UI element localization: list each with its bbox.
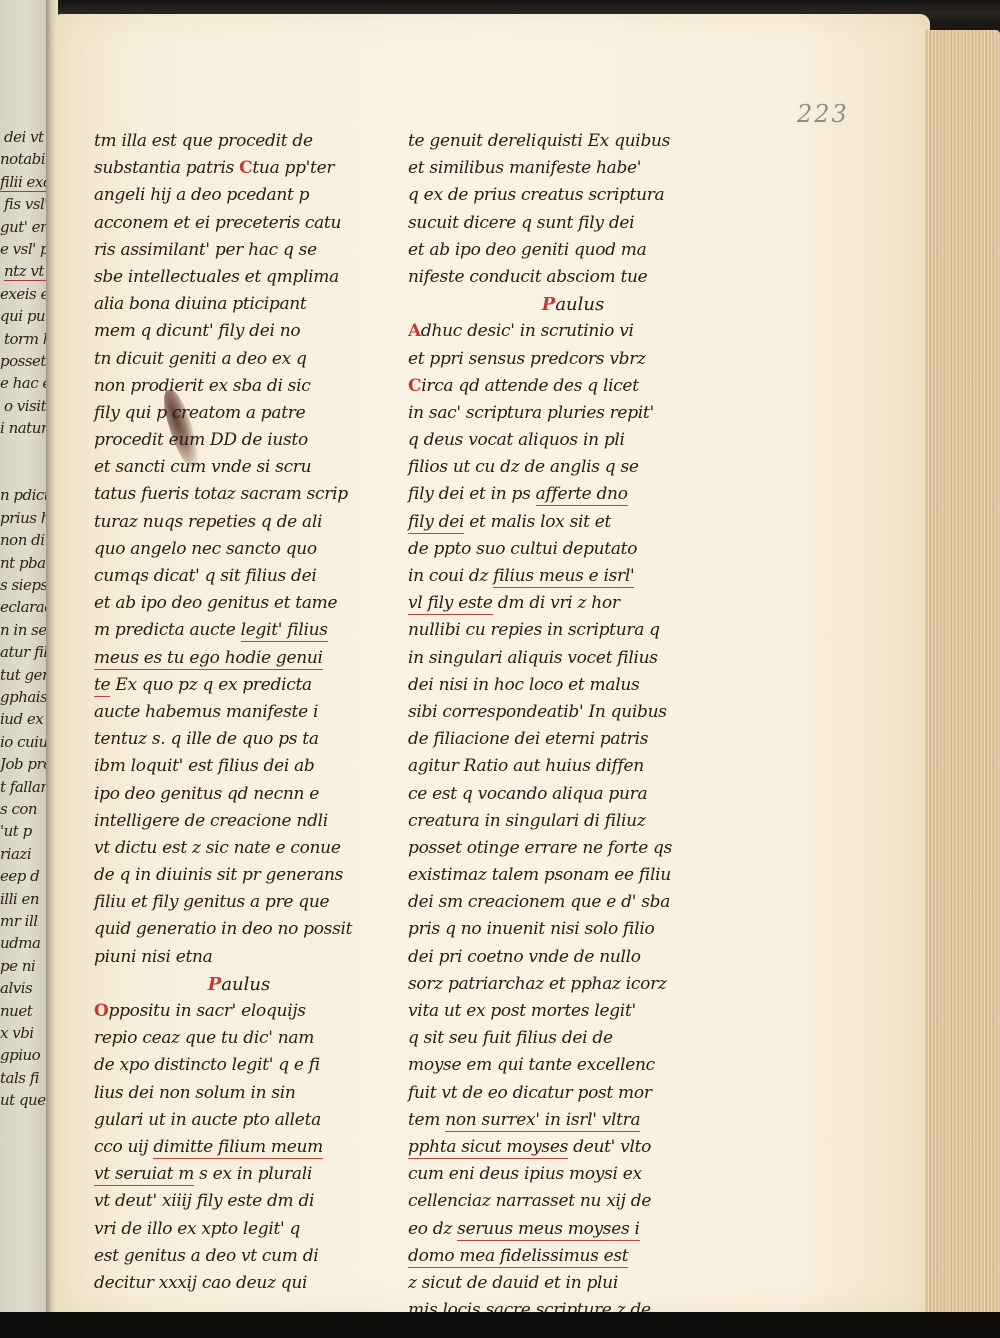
rubricated-capital: P bbox=[542, 294, 556, 315]
line-text: dhuc desic' in scrutinio vi bbox=[421, 321, 634, 341]
facing-page-line: prius h bbox=[0, 509, 46, 527]
facing-page-line: filii excell bbox=[0, 173, 46, 192]
manuscript-line: Oppositu in sacr' eloquijs bbox=[94, 998, 384, 1025]
underlined-quotation: pphta sicut moyses bbox=[408, 1137, 568, 1159]
facing-page-line: eep d bbox=[0, 867, 39, 885]
facing-page-line: tut gen bbox=[0, 666, 46, 684]
facing-page-line: illi en bbox=[0, 890, 39, 908]
line-text: posset otinge errare ne forte qs bbox=[408, 838, 672, 858]
manuscript-line: tentuz s. q ille de quo ps ta bbox=[94, 726, 384, 753]
underlined-quotation: filius meus e isrl' bbox=[493, 566, 634, 588]
manuscript-line: intelligere de creacione ndli bbox=[94, 808, 384, 835]
line-text: cumqs dicat' q sit filius dei bbox=[94, 566, 317, 586]
facing-page-line: mr ill bbox=[0, 912, 38, 930]
line-text: tentuz s. q ille de quo ps ta bbox=[94, 729, 319, 749]
line-text: deut' vlto bbox=[568, 1137, 651, 1157]
line-text: filios ut cu dz de anglis q se bbox=[408, 457, 639, 477]
manuscript-line: creatura in singulari di filiuz bbox=[408, 808, 738, 835]
underlined-quotation: meus es tu ego hodie genui bbox=[94, 648, 323, 670]
line-text: sorz patriarchaz et pphaz icorz bbox=[408, 974, 667, 994]
manuscript-line: fuit vt de eo dicatur post mor bbox=[408, 1080, 738, 1107]
facing-page-line: e vsl' pho bbox=[0, 240, 46, 258]
manuscript-line: est genitus a deo vt cum di bbox=[94, 1243, 384, 1270]
manuscript-line: ibm loquit' est filius dei ab bbox=[94, 753, 384, 780]
manuscript-line: cco uij dimitte filium meum bbox=[94, 1134, 384, 1161]
line-text: creatura in singulari di filiuz bbox=[408, 811, 646, 831]
line-text: de q in diuinis sit pr generans bbox=[94, 865, 343, 885]
line-text: tua pp'ter bbox=[252, 158, 334, 178]
manuscript-line: gulari ut in aucte pto alleta bbox=[94, 1107, 384, 1134]
manuscript-line: mem q dicunt' fily dei no bbox=[94, 318, 384, 345]
facing-page-line: riazi bbox=[0, 845, 31, 863]
line-text: ce est q vocando aliqua pura bbox=[408, 784, 647, 804]
manuscript-line: de ppto suo cultui deputato bbox=[408, 536, 738, 563]
manuscript-line: filiu et fily genitus a pre que bbox=[94, 889, 384, 916]
line-text: repio ceaz que tu dic' nam bbox=[94, 1028, 314, 1048]
section-heading-paulus: Paulus bbox=[94, 971, 384, 998]
manuscript-line: fily dei et in ps afferte dno bbox=[408, 481, 738, 508]
line-text: et similibus manifeste habe' bbox=[408, 158, 641, 178]
manuscript-line: et ab ipo deo genitus et tame bbox=[94, 590, 384, 617]
text-column-a: tm illa est que procedit desubstantia pa… bbox=[94, 128, 384, 1297]
manuscript-line: sorz patriarchaz et pphaz icorz bbox=[408, 971, 738, 998]
line-text: vri de illo ex xpto legit' q bbox=[94, 1219, 300, 1239]
line-text: in coui dz bbox=[408, 566, 493, 586]
facing-page-line: e hac ep bbox=[0, 374, 46, 392]
manuscript-line: domo mea fidelissimus est bbox=[408, 1243, 738, 1270]
line-text: ppositu in sacr' eloquijs bbox=[109, 1001, 306, 1021]
manuscript-line: tn dicuit geniti a deo ex q bbox=[94, 346, 384, 373]
manuscript-line: de xpo distincto legit' q e fi bbox=[94, 1052, 384, 1079]
line-text: lius dei non solum in sin bbox=[94, 1083, 296, 1103]
line-text: de filiacione dei eterni patris bbox=[408, 729, 648, 749]
facing-page-line: o visitu bbox=[4, 397, 46, 415]
facing-page-line: ut que bbox=[0, 1091, 46, 1109]
facing-page-line: torm hac bbox=[4, 330, 46, 348]
manuscript-line: ipo deo genitus qd necnn e bbox=[94, 781, 384, 808]
manuscript-line: te Ex quo pz q ex predicta bbox=[94, 672, 384, 699]
facing-page-line: io cuius bbox=[0, 733, 46, 751]
facing-page-line: alvis bbox=[0, 979, 32, 997]
manuscript-line: m predicta aucte legit' filius bbox=[94, 617, 384, 644]
line-text: fuit vt de eo dicatur post mor bbox=[408, 1083, 652, 1103]
facing-page-line: i natur bbox=[0, 419, 46, 437]
manuscript-line: nullibi cu repies in scriptura q bbox=[408, 617, 738, 644]
folio-number: 223 bbox=[797, 100, 849, 128]
manuscript-line: vl fily este dm di vri z hor bbox=[408, 590, 738, 617]
manuscript-line: lius dei non solum in sin bbox=[94, 1080, 384, 1107]
manuscript-line: et sancti cum vnde si scru bbox=[94, 454, 384, 481]
heading-text: aulus bbox=[221, 974, 270, 995]
facing-page-line: qui pum bbox=[0, 307, 46, 325]
manuscript-line: in coui dz filius meus e isrl' bbox=[408, 563, 738, 590]
manuscript-line: substantia patris Ctua pp'ter bbox=[94, 155, 384, 182]
line-text: est genitus a deo vt cum di bbox=[94, 1246, 318, 1266]
manuscript-line: aucte habemus manifeste i bbox=[94, 699, 384, 726]
manuscript-line: in sac' scriptura pluries repit' bbox=[408, 400, 738, 427]
facing-page-verso: dei vt iobnotabilesfilii excellfis vsl' … bbox=[0, 0, 46, 1320]
manuscript-line: et similibus manifeste habe' bbox=[408, 155, 738, 182]
line-text: nullibi cu repies in scriptura q bbox=[408, 620, 660, 640]
line-text: intelligere de creacione ndli bbox=[94, 811, 328, 831]
manuscript-line: nifeste conducit absciom tue bbox=[408, 264, 738, 291]
manuscript-line: piuni nisi etna bbox=[94, 944, 384, 971]
manuscript-line: moyse em qui tante excellenc bbox=[408, 1052, 738, 1079]
facing-page-line: dei vt iob bbox=[4, 128, 46, 146]
manuscript-line: vt dictu est z sic nate e conue bbox=[94, 835, 384, 862]
section-heading-paulus: Paulus bbox=[408, 291, 738, 318]
manuscript-line: posset otinge errare ne forte qs bbox=[408, 835, 738, 862]
line-text: non prodierit ex sba di sic bbox=[94, 376, 310, 396]
rubricated-initial: C bbox=[408, 376, 421, 396]
manuscript-line: Circa qd attende des q licet bbox=[408, 373, 738, 400]
page-edges-fore-edge bbox=[925, 30, 1000, 1320]
underlined-quotation: dimitte filium meum bbox=[153, 1137, 323, 1159]
line-text: fily qui p creatom a patre bbox=[94, 403, 305, 423]
facing-page-line: tals fi bbox=[0, 1069, 39, 1087]
manuscript-line: vri de illo ex xpto legit' q bbox=[94, 1216, 384, 1243]
facing-page-line: n pdicto bbox=[0, 486, 46, 504]
manuscript-line: existimaz talem psonam ee filiu bbox=[408, 862, 738, 889]
manuscript-line: agitur Ratio aut huius diffen bbox=[408, 753, 738, 780]
manuscript-line: Adhuc desic' in scrutinio vi bbox=[408, 318, 738, 345]
manuscript-line: pris q no inuenit nisi solo filio bbox=[408, 916, 738, 943]
line-text: de ppto suo cultui deputato bbox=[408, 539, 637, 559]
line-text: existimaz talem psonam ee filiu bbox=[408, 865, 671, 885]
facing-page-line: notabiles bbox=[0, 150, 46, 168]
line-text: et malis lox sit et bbox=[464, 512, 611, 532]
manuscript-line: in singulari aliquis vocet filius bbox=[408, 645, 738, 672]
line-text: cum eni deus ipius moysi ex bbox=[408, 1164, 642, 1184]
line-text: Ex quo pz q ex predicta bbox=[110, 675, 312, 695]
facing-page-line: fis vsl' gen bbox=[4, 195, 46, 213]
line-text: procedit eum DD de iusto bbox=[94, 430, 308, 450]
line-text: te genuit dereliquisti Ex quibus bbox=[408, 131, 670, 151]
facing-page-line: gpiuo bbox=[0, 1046, 40, 1064]
line-text: nifeste conducit absciom tue bbox=[408, 267, 647, 287]
manuscript-line: fily dei et malis lox sit et bbox=[408, 509, 738, 536]
facing-page-line: nuet bbox=[0, 1002, 32, 1020]
manuscript-line: pphta sicut moyses deut' vlto bbox=[408, 1134, 738, 1161]
facing-page-line: udma bbox=[0, 934, 40, 952]
line-text: et ab ipo deo geniti quod ma bbox=[408, 240, 646, 260]
manuscript-line: dei sm creacionem que e d' sba bbox=[408, 889, 738, 916]
manuscript-line: et ab ipo deo geniti quod ma bbox=[408, 237, 738, 264]
line-text: de xpo distincto legit' q e fi bbox=[94, 1055, 320, 1075]
facing-page-line: non di bbox=[0, 531, 45, 549]
line-text: s ex in plurali bbox=[194, 1164, 312, 1184]
line-text: mem q dicunt' fily dei no bbox=[94, 321, 300, 341]
line-text: et sancti cum vnde si scru bbox=[94, 457, 311, 477]
underlined-quotation: vt seruiat m bbox=[94, 1164, 194, 1186]
line-text: pris q no inuenit nisi solo filio bbox=[408, 919, 654, 939]
rubricated-initial: C bbox=[239, 158, 252, 178]
manuscript-line: sucuit dicere q sunt fily dei bbox=[408, 210, 738, 237]
manuscript-line: de q in diuinis sit pr generans bbox=[94, 862, 384, 889]
heading-text: aulus bbox=[555, 294, 604, 315]
manuscript-line: turaz nuqs repeties q de ali bbox=[94, 509, 384, 536]
line-text: z sicut de dauid et in plui bbox=[408, 1273, 618, 1293]
line-text: cco uij bbox=[94, 1137, 153, 1157]
line-text: cellenciaz narrasset nu xij de bbox=[408, 1191, 651, 1211]
manuscript-line: dei pri coetno vnde de nullo bbox=[408, 944, 738, 971]
manuscript-line: z sicut de dauid et in plui bbox=[408, 1270, 738, 1297]
manuscript-line: tatus fueris totaz sacram scrip bbox=[94, 481, 384, 508]
line-text: dei pri coetno vnde de nullo bbox=[408, 947, 641, 967]
underlined-quotation: vl fily este bbox=[408, 593, 493, 615]
facing-page-line: pe ni bbox=[0, 957, 35, 975]
manuscript-line: vt deut' xiiij fily este dm di bbox=[94, 1188, 384, 1215]
scan-bottom-background bbox=[0, 1312, 1000, 1338]
facing-page-line: nt pbai bbox=[0, 554, 46, 572]
line-text: et ppri sensus predcors vbrz bbox=[408, 349, 646, 369]
line-text: tatus fueris totaz sacram scrip bbox=[94, 484, 348, 504]
manuscript-line: sibi correspondeatib' In quibus bbox=[408, 699, 738, 726]
line-text: angeli hij a deo pcedant p bbox=[94, 185, 309, 205]
line-text: turaz nuqs repeties q de ali bbox=[94, 512, 322, 532]
line-text: ris assimilant' per hac q se bbox=[94, 240, 317, 260]
manuscript-line: meus es tu ego hodie genui bbox=[94, 645, 384, 672]
manuscript-line: quo angelo nec sancto quo bbox=[94, 536, 384, 563]
line-text: agitur Ratio aut huius diffen bbox=[408, 756, 644, 776]
facing-page-line: ntz vt si bbox=[4, 262, 46, 281]
line-text: dei nisi in hoc loco et malus bbox=[408, 675, 639, 695]
underlined-quotation: fily dei bbox=[408, 512, 464, 534]
manuscript-line: dei nisi in hoc loco et malus bbox=[408, 672, 738, 699]
line-text: aucte habemus manifeste i bbox=[94, 702, 318, 722]
facing-page-line: n in serip bbox=[0, 621, 46, 639]
rubricated-capital: P bbox=[208, 974, 222, 995]
line-text: q deus vocat aliquos in pli bbox=[408, 430, 625, 450]
line-text: dei sm creacionem que e d' sba bbox=[408, 892, 670, 912]
facing-page-line: posset du bbox=[0, 352, 46, 370]
underlined-quotation: non surrex' in isrl' vltra bbox=[445, 1110, 640, 1132]
line-text: tem bbox=[408, 1110, 445, 1130]
line-text: piuni nisi etna bbox=[94, 947, 213, 967]
manuscript-line: cellenciaz narrasset nu xij de bbox=[408, 1188, 738, 1215]
line-text: eo dz bbox=[408, 1219, 457, 1239]
rubricated-initial: O bbox=[94, 1001, 109, 1021]
line-text: moyse em qui tante excellenc bbox=[408, 1055, 655, 1075]
line-text: tn dicuit geniti a deo ex q bbox=[94, 349, 307, 369]
facing-page-line: iud ex bbox=[0, 710, 43, 728]
line-text: filiu et fily genitus a pre que bbox=[94, 892, 329, 912]
line-text: ipo deo genitus qd necnn e bbox=[94, 784, 319, 804]
manuscript-line: quid generatio in deo no possit bbox=[94, 916, 384, 943]
line-text: sibi correspondeatib' In quibus bbox=[408, 702, 667, 722]
line-text: ibm loquit' est filius dei ab bbox=[94, 756, 315, 776]
line-text: decitur xxxij cao deuz qui bbox=[94, 1273, 307, 1293]
facing-page-line: exeis ep bbox=[0, 285, 46, 303]
facing-page-line: eclarace bbox=[0, 598, 46, 616]
line-text: sucuit dicere q sunt fily dei bbox=[408, 213, 634, 233]
manuscript-line: angeli hij a deo pcedant p bbox=[94, 182, 384, 209]
manuscript-line: q deus vocat aliquos in pli bbox=[408, 427, 738, 454]
facing-page-line: 'ut p bbox=[0, 822, 32, 840]
manuscript-line: ris assimilant' per hac q se bbox=[94, 237, 384, 264]
line-text: vita ut ex post mortes legit' bbox=[408, 1001, 636, 1021]
manuscript-line: tem non surrex' in isrl' vltra bbox=[408, 1107, 738, 1134]
manuscript-line: vt seruiat m s ex in plurali bbox=[94, 1161, 384, 1188]
manuscript-line: non prodierit ex sba di sic bbox=[94, 373, 384, 400]
underlined-quotation: te bbox=[94, 675, 110, 697]
line-text: vt deut' xiiij fily este dm di bbox=[94, 1191, 314, 1211]
manuscript-line: q ex de prius creatus scriptura bbox=[408, 182, 738, 209]
line-text: m predicta aucte bbox=[94, 620, 241, 640]
facing-page-line: gphais bbox=[0, 688, 46, 706]
manuscript-line: alia bona diuina pticipant bbox=[94, 291, 384, 318]
manuscript-line: te genuit dereliquisti Ex quibus bbox=[408, 128, 738, 155]
line-text: substantia patris bbox=[94, 158, 239, 178]
facing-page-line: t fallan bbox=[0, 778, 46, 796]
manuscript-line: fily qui p creatom a patre bbox=[94, 400, 384, 427]
facing-page-line: atur fily bbox=[0, 643, 46, 661]
facing-page-line: s con bbox=[0, 800, 37, 818]
manuscript-line: ce est q vocando aliqua pura bbox=[408, 781, 738, 808]
manuscript-line: q sit seu fuit filius dei de bbox=[408, 1025, 738, 1052]
manuscript-line: decitur xxxij cao deuz qui bbox=[94, 1270, 384, 1297]
facing-page-line: s siepsi bbox=[0, 576, 46, 594]
underlined-quotation: legit' filius bbox=[241, 620, 328, 642]
manuscript-line: de filiacione dei eterni patris bbox=[408, 726, 738, 753]
facing-page-line: Job pro bbox=[0, 755, 46, 773]
line-text: q sit seu fuit filius dei de bbox=[408, 1028, 613, 1048]
manuscript-line: et ppri sensus predcors vbrz bbox=[408, 346, 738, 373]
line-text: vt dictu est z sic nate e conue bbox=[94, 838, 341, 858]
facing-page-line: x vbi bbox=[0, 1024, 34, 1042]
manuscript-line: tm illa est que procedit de bbox=[94, 128, 384, 155]
manuscript-line: cumqs dicat' q sit filius dei bbox=[94, 563, 384, 590]
manuscript-line: cum eni deus ipius moysi ex bbox=[408, 1161, 738, 1188]
line-text: in sac' scriptura pluries repit' bbox=[408, 403, 654, 423]
underlined-quotation: afferte dno bbox=[536, 484, 628, 506]
line-text: et ab ipo deo genitus et tame bbox=[94, 593, 337, 613]
line-text: fily dei et in ps bbox=[408, 484, 536, 504]
text-column-b: te genuit dereliquisti Ex quibuset simil… bbox=[408, 128, 738, 1324]
underlined-quotation: seruus meus moyses i bbox=[457, 1219, 640, 1241]
line-text: dm di vri z hor bbox=[493, 593, 620, 613]
manuscript-line: sbe intellectuales et qmplima bbox=[94, 264, 384, 291]
line-text: quid generatio in deo no possit bbox=[94, 919, 352, 939]
line-text: acconem et ei preceteris catu bbox=[94, 213, 341, 233]
facing-page-line: gut' em bbox=[0, 218, 46, 236]
manuscript-line: vita ut ex post mortes legit' bbox=[408, 998, 738, 1025]
rubricated-initial: A bbox=[408, 321, 421, 341]
line-text: sbe intellectuales et qmplima bbox=[94, 267, 339, 287]
line-text: in singulari aliquis vocet filius bbox=[408, 648, 658, 668]
manuscript-line: filios ut cu dz de anglis q se bbox=[408, 454, 738, 481]
line-text: q ex de prius creatus scriptura bbox=[408, 185, 664, 205]
manuscript-line: eo dz seruus meus moyses i bbox=[408, 1216, 738, 1243]
manuscript-line: procedit eum DD de iusto bbox=[94, 427, 384, 454]
line-text: irca qd attende des q licet bbox=[421, 376, 639, 396]
line-text: alia bona diuina pticipant bbox=[94, 294, 306, 314]
manuscript-line: acconem et ei preceteris catu bbox=[94, 210, 384, 237]
manuscript-line: repio ceaz que tu dic' nam bbox=[94, 1025, 384, 1052]
line-text: quo angelo nec sancto quo bbox=[94, 539, 317, 559]
underlined-quotation: domo mea fidelissimus est bbox=[408, 1246, 628, 1268]
line-text: tm illa est que procedit de bbox=[94, 131, 313, 151]
line-text: gulari ut in aucte pto alleta bbox=[94, 1110, 321, 1130]
